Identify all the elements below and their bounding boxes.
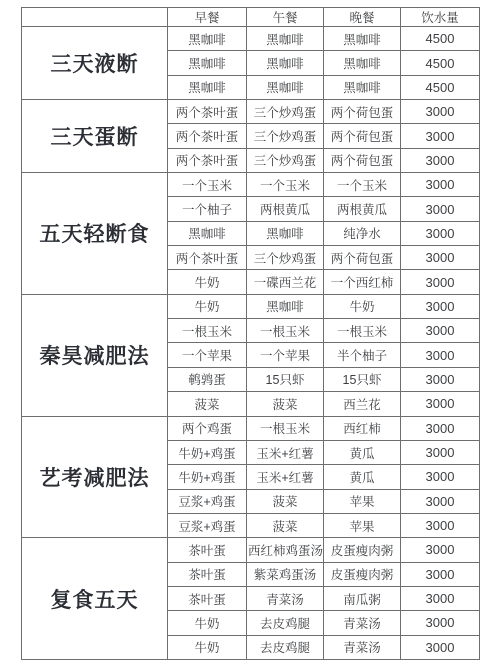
lunch-cell: 黑咖啡 <box>247 221 324 245</box>
breakfast-cell: 黑咖啡 <box>168 27 247 51</box>
dinner-cell: 15只虾 <box>324 367 401 391</box>
lunch-cell: 15只虾 <box>247 367 324 391</box>
dinner-cell: 一根玉米 <box>324 319 401 343</box>
water-cell: 3000 <box>401 319 480 343</box>
water-cell: 3000 <box>401 367 480 391</box>
dinner-cell: 两个荷包蛋 <box>324 246 401 270</box>
table-row: 三天蛋断两个茶叶蛋三个炒鸡蛋两个荷包蛋3000 <box>22 100 480 124</box>
dinner-cell: 苹果 <box>324 513 401 537</box>
lunch-cell: 两根黄瓜 <box>247 197 324 221</box>
table-row: 艺考减肥法两个鸡蛋一根玉米西红柿3000 <box>22 416 480 440</box>
group-label: 三天液断 <box>22 27 168 100</box>
diet-table: 早餐午餐晚餐饮水量 三天液断黑咖啡黑咖啡黑咖啡4500黑咖啡黑咖啡黑咖啡4500… <box>21 7 480 660</box>
dinner-cell: 一个西红柿 <box>324 270 401 294</box>
dinner-cell: 黄瓜 <box>324 440 401 464</box>
water-cell: 3000 <box>401 392 480 416</box>
breakfast-cell: 黑咖啡 <box>168 75 247 99</box>
table-row: 三天液断黑咖啡黑咖啡黑咖啡4500 <box>22 27 480 51</box>
water-cell: 3000 <box>401 562 480 586</box>
table-row: 秦昊减肥法牛奶黑咖啡牛奶3000 <box>22 294 480 318</box>
dinner-cell: 一个玉米 <box>324 173 401 197</box>
water-cell: 4500 <box>401 51 480 75</box>
lunch-cell: 三个炒鸡蛋 <box>247 148 324 172</box>
dinner-cell: 黑咖啡 <box>324 75 401 99</box>
dinner-cell: 青菜汤 <box>324 635 401 659</box>
lunch-cell: 三个炒鸡蛋 <box>247 246 324 270</box>
breakfast-cell: 豆浆+鸡蛋 <box>168 513 247 537</box>
breakfast-cell: 茶叶蛋 <box>168 586 247 610</box>
breakfast-cell: 一个柚子 <box>168 197 247 221</box>
dinner-cell: 黄瓜 <box>324 465 401 489</box>
lunch-cell: 西红柿鸡蛋汤 <box>247 538 324 562</box>
lunch-cell: 菠菜 <box>247 513 324 537</box>
group-label: 秦昊减肥法 <box>22 294 168 416</box>
breakfast-cell: 牛奶 <box>168 611 247 635</box>
breakfast-cell: 两个鸡蛋 <box>168 416 247 440</box>
water-cell: 3000 <box>401 513 480 537</box>
dinner-cell: 两个荷包蛋 <box>324 100 401 124</box>
water-cell: 3000 <box>401 294 480 318</box>
water-cell: 3000 <box>401 416 480 440</box>
lunch-cell: 青菜汤 <box>247 586 324 610</box>
dinner-cell: 苹果 <box>324 489 401 513</box>
dinner-cell: 两个荷包蛋 <box>324 124 401 148</box>
group-label: 复食五天 <box>22 538 168 660</box>
water-cell: 3000 <box>401 270 480 294</box>
lunch-cell: 一个苹果 <box>247 343 324 367</box>
water-cell: 3000 <box>401 635 480 659</box>
water-header: 饮水量 <box>401 8 480 27</box>
lunch-cell: 玉米+红薯 <box>247 465 324 489</box>
dinner-cell: 两根黄瓜 <box>324 197 401 221</box>
water-cell: 3000 <box>401 343 480 367</box>
dinner-cell: 半个柚子 <box>324 343 401 367</box>
water-cell: 3000 <box>401 100 480 124</box>
dinner-header: 晚餐 <box>324 8 401 27</box>
water-cell: 3000 <box>401 173 480 197</box>
group-label: 三天蛋断 <box>22 100 168 173</box>
breakfast-cell: 两个茶叶蛋 <box>168 148 247 172</box>
water-cell: 3000 <box>401 611 480 635</box>
water-cell: 3000 <box>401 246 480 270</box>
dinner-cell: 青菜汤 <box>324 611 401 635</box>
water-cell: 3000 <box>401 465 480 489</box>
breakfast-cell: 牛奶+鸡蛋 <box>168 465 247 489</box>
breakfast-cell: 一个玉米 <box>168 173 247 197</box>
breakfast-cell: 黑咖啡 <box>168 51 247 75</box>
dinner-cell: 西兰花 <box>324 392 401 416</box>
header-row: 早餐午餐晚餐饮水量 <box>22 8 480 27</box>
breakfast-cell: 牛奶 <box>168 635 247 659</box>
breakfast-cell: 鹌鹑蛋 <box>168 367 247 391</box>
breakfast-cell: 一个苹果 <box>168 343 247 367</box>
table-row: 五天轻断食一个玉米一个玉米一个玉米3000 <box>22 173 480 197</box>
water-cell: 3000 <box>401 586 480 610</box>
dinner-cell: 黑咖啡 <box>324 27 401 51</box>
breakfast-cell: 一根玉米 <box>168 319 247 343</box>
lunch-cell: 一个玉米 <box>247 173 324 197</box>
corner-header <box>22 8 168 27</box>
lunch-cell: 去皮鸡腿 <box>247 635 324 659</box>
lunch-cell: 三个炒鸡蛋 <box>247 124 324 148</box>
lunch-cell: 三个炒鸡蛋 <box>247 100 324 124</box>
water-cell: 3000 <box>401 148 480 172</box>
lunch-cell: 菠菜 <box>247 392 324 416</box>
breakfast-cell: 茶叶蛋 <box>168 562 247 586</box>
water-cell: 4500 <box>401 75 480 99</box>
lunch-header: 午餐 <box>247 8 324 27</box>
lunch-cell: 菠菜 <box>247 489 324 513</box>
group-label: 艺考减肥法 <box>22 416 168 538</box>
table-row: 复食五天茶叶蛋西红柿鸡蛋汤皮蛋瘦肉粥3000 <box>22 538 480 562</box>
lunch-cell: 一碟西兰花 <box>247 270 324 294</box>
dinner-cell: 两个荷包蛋 <box>324 148 401 172</box>
water-cell: 3000 <box>401 489 480 513</box>
breakfast-cell: 两个茶叶蛋 <box>168 100 247 124</box>
water-cell: 3000 <box>401 440 480 464</box>
breakfast-cell: 菠菜 <box>168 392 247 416</box>
water-cell: 3000 <box>401 124 480 148</box>
lunch-cell: 一根玉米 <box>247 319 324 343</box>
dinner-cell: 黑咖啡 <box>324 51 401 75</box>
water-cell: 3000 <box>401 538 480 562</box>
lunch-cell: 一根玉米 <box>247 416 324 440</box>
diet-table-head: 早餐午餐晚餐饮水量 <box>22 8 480 27</box>
water-cell: 3000 <box>401 197 480 221</box>
lunch-cell: 紫菜鸡蛋汤 <box>247 562 324 586</box>
breakfast-cell: 豆浆+鸡蛋 <box>168 489 247 513</box>
lunch-cell: 黑咖啡 <box>247 294 324 318</box>
dinner-cell: 皮蛋瘦肉粥 <box>324 538 401 562</box>
water-cell: 4500 <box>401 27 480 51</box>
dinner-cell: 纯净水 <box>324 221 401 245</box>
breakfast-header: 早餐 <box>168 8 247 27</box>
breakfast-cell: 牛奶+鸡蛋 <box>168 440 247 464</box>
group-label: 五天轻断食 <box>22 173 168 295</box>
breakfast-cell: 牛奶 <box>168 294 247 318</box>
diet-table-body: 三天液断黑咖啡黑咖啡黑咖啡4500黑咖啡黑咖啡黑咖啡4500黑咖啡黑咖啡黑咖啡4… <box>22 27 480 660</box>
breakfast-cell: 茶叶蛋 <box>168 538 247 562</box>
breakfast-cell: 两个茶叶蛋 <box>168 124 247 148</box>
dinner-cell: 牛奶 <box>324 294 401 318</box>
dinner-cell: 西红柿 <box>324 416 401 440</box>
breakfast-cell: 牛奶 <box>168 270 247 294</box>
lunch-cell: 黑咖啡 <box>247 75 324 99</box>
breakfast-cell: 两个茶叶蛋 <box>168 246 247 270</box>
breakfast-cell: 黑咖啡 <box>168 221 247 245</box>
lunch-cell: 黑咖啡 <box>247 51 324 75</box>
lunch-cell: 黑咖啡 <box>247 27 324 51</box>
lunch-cell: 去皮鸡腿 <box>247 611 324 635</box>
water-cell: 3000 <box>401 221 480 245</box>
diet-plan-page: 早餐午餐晚餐饮水量 三天液断黑咖啡黑咖啡黑咖啡4500黑咖啡黑咖啡黑咖啡4500… <box>0 0 500 668</box>
lunch-cell: 玉米+红薯 <box>247 440 324 464</box>
dinner-cell: 南瓜粥 <box>324 586 401 610</box>
dinner-cell: 皮蛋瘦肉粥 <box>324 562 401 586</box>
